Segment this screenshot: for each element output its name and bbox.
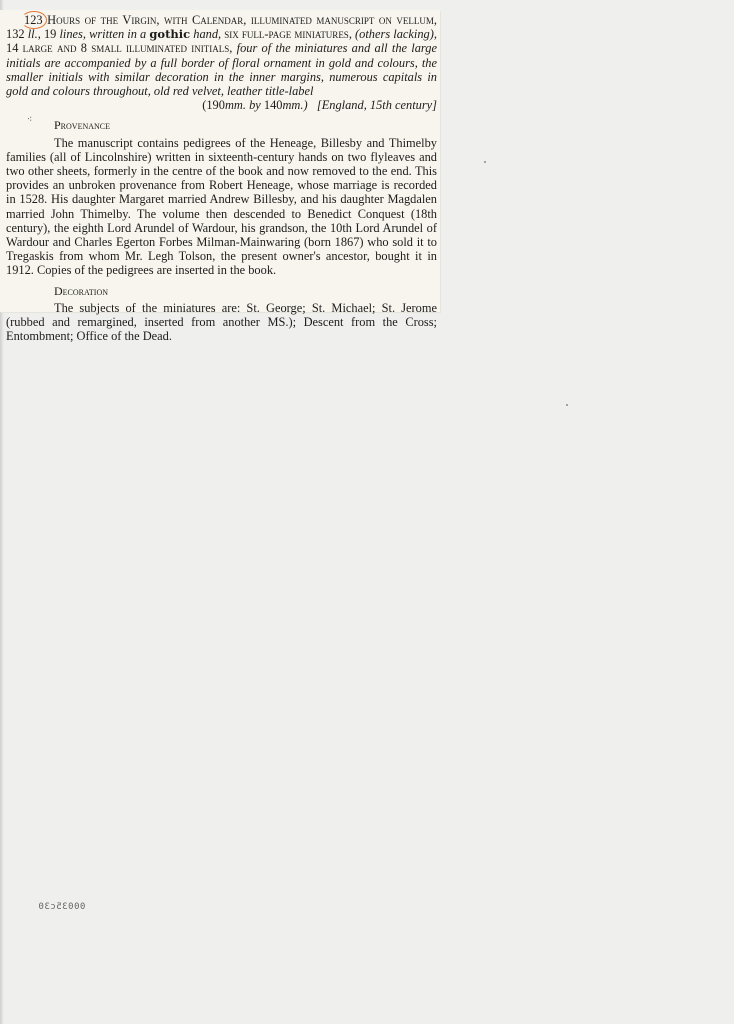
gothic-word: gothic [149,27,190,41]
catalogue-entry: 123 Hours of the Virgin, with Calendar, … [6,13,437,343]
provenance-heading: ⁖ Provenance [6,118,437,132]
archive-number-mark: 00035c30 [38,902,85,912]
dimensions-line: (190mm. by 140mm.) [England, 15th centur… [6,98,437,112]
dust-speck [484,161,486,163]
origin-date: [England, 15th century] [317,98,437,112]
asterism-icon: ⁖ [27,116,33,122]
provenance-text: The manuscript contains pedigrees of the… [6,136,437,278]
lot-circle-annotation [21,11,47,29]
catalogue-clipping: 123 Hours of the Virgin, with Calendar, … [0,10,440,312]
lot-title: Hours of the Virgin, with Calendar, illu… [47,13,437,27]
lot-number: 123 [24,13,43,27]
dust-speck [566,404,568,406]
lot-description: 123 Hours of the Virgin, with Calendar, … [6,13,437,98]
decoration-text: The subjects of the miniatures are: St. … [6,301,437,344]
decoration-heading: Decoration [6,284,437,298]
